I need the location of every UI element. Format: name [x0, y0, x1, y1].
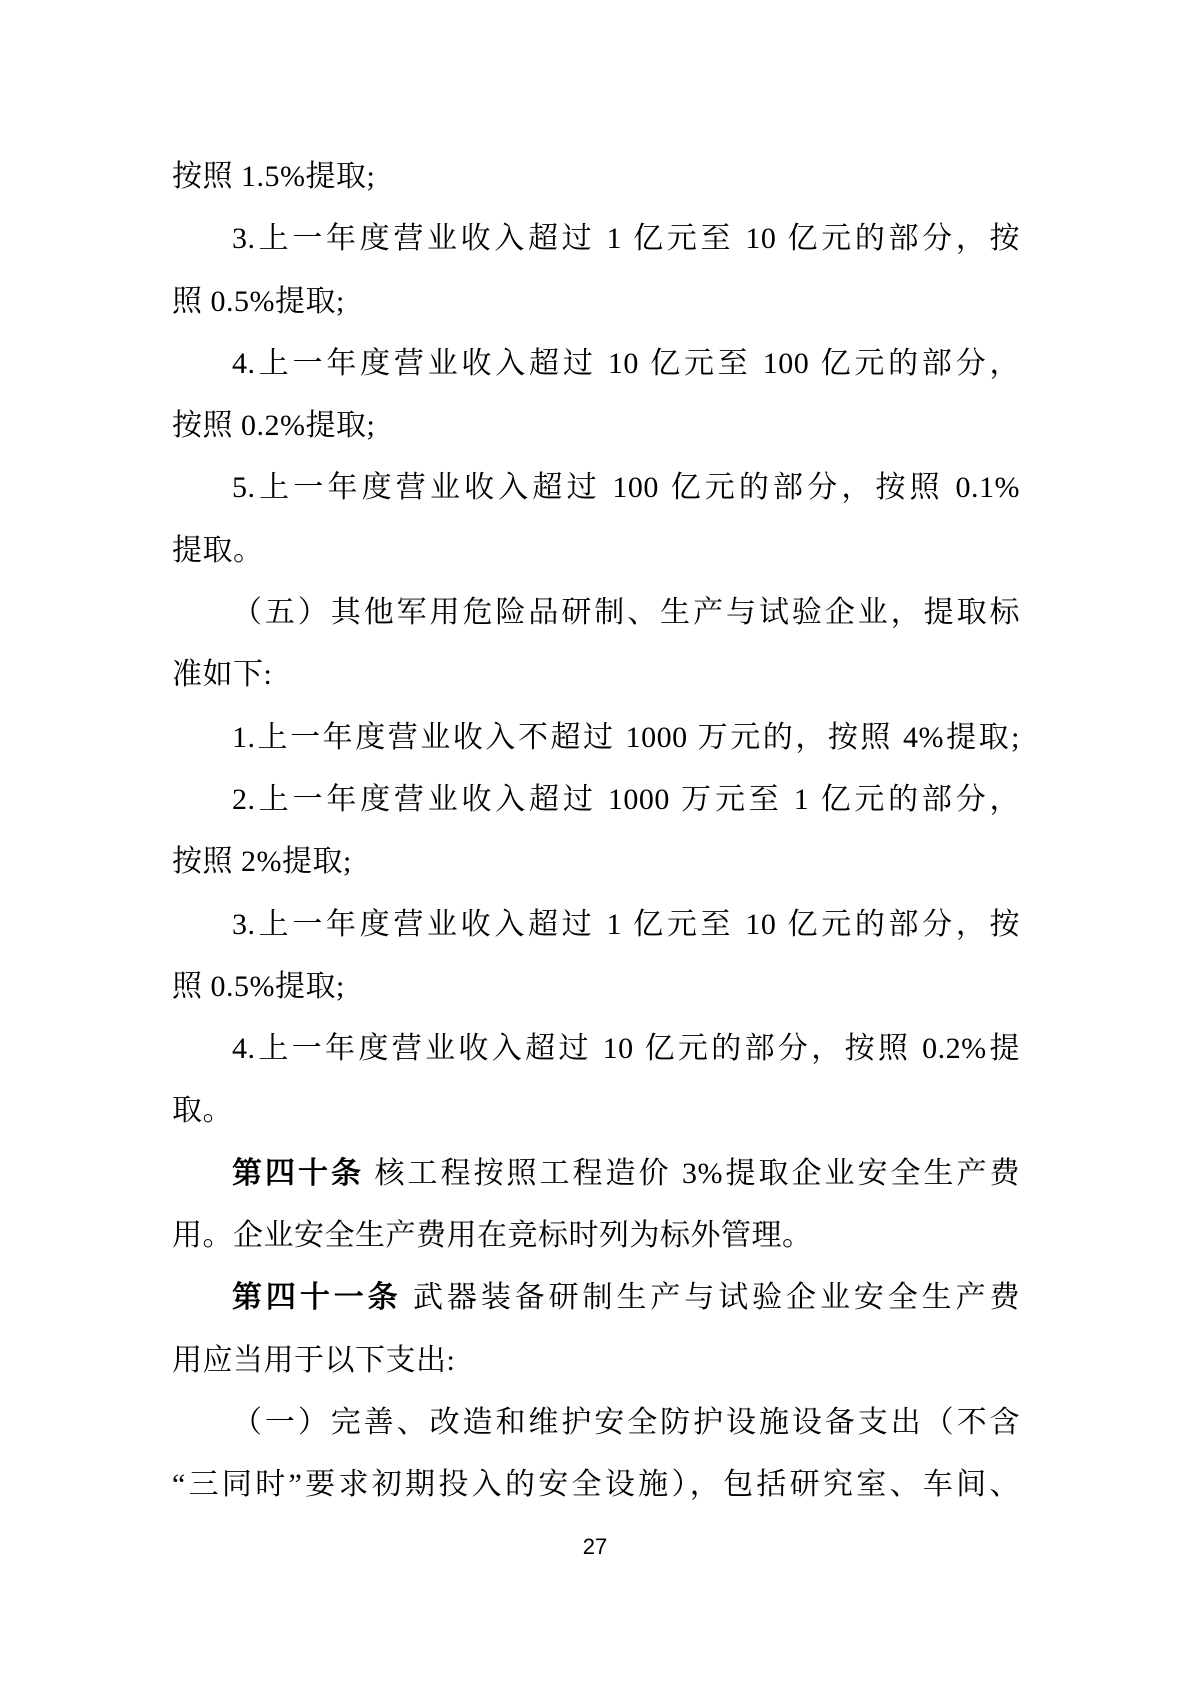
text-line: 按照 2%提取; [172, 831, 1020, 893]
text-segment: （五）其他军用危险品研制、生产与试验企业，提取标 [232, 596, 1020, 629]
text-segment: 核工程按照工程造价 3%提取企业安全生产费 [364, 1157, 1020, 1190]
text-segment: 提取。 [172, 534, 264, 567]
text-segment: 准如下: [172, 658, 272, 691]
text-segment: 照 0.5%提取; [172, 970, 345, 1003]
text-segment: 照 0.5%提取; [172, 285, 345, 318]
text-segment: 取。 [172, 1094, 233, 1127]
page-number: 27 [0, 1534, 1190, 1560]
text-segment: （一）完善、改造和维护安全防护设施设备支出（不含 [232, 1406, 1020, 1439]
text-segment: 4.上一年度营业收入超过 10 亿元的部分，按照 0.2%提 [232, 1032, 1020, 1065]
text-line: （一）完善、改造和维护安全防护设施设备支出（不含 [172, 1392, 1020, 1454]
text-line: 2.上一年度营业收入超过 1000 万元至 1 亿元的部分， [172, 769, 1020, 831]
text-segment: 按照 1.5%提取; [172, 160, 375, 193]
text-line: 照 0.5%提取; [172, 271, 1020, 333]
text-line: 按照 0.2%提取; [172, 395, 1020, 457]
text-segment: 3.上一年度营业收入超过 1 亿元至 10 亿元的部分，按 [232, 908, 1020, 941]
text-segment: 3.上一年度营业收入超过 1 亿元至 10 亿元的部分，按 [232, 222, 1020, 255]
text-segment: 5.上一年度营业收入超过 100 亿元的部分，按照 0.1% [232, 471, 1020, 504]
text-line: （五）其他军用危险品研制、生产与试验企业，提取标 [172, 582, 1020, 644]
text-line: “三同时”要求初期投入的安全设施），包括研究室、车间、 [172, 1454, 1020, 1516]
text-segment: 用。企业安全生产费用在竞标时列为标外管理。 [172, 1219, 813, 1252]
text-line: 准如下: [172, 644, 1020, 706]
text-line: 第四十一条 武器装备研制生产与试验企业安全生产费 [172, 1267, 1020, 1329]
text-line: 3.上一年度营业收入超过 1 亿元至 10 亿元的部分，按 [172, 894, 1020, 956]
text-segment: 按照 0.2%提取; [172, 409, 375, 442]
text-line: 用。企业安全生产费用在竞标时列为标外管理。 [172, 1205, 1020, 1267]
article-heading: 第四十条 [232, 1157, 364, 1190]
text-line: 1.上一年度营业收入不超过 1000 万元的，按照 4%提取; [172, 707, 1020, 769]
document-page: 按照 1.5%提取;3.上一年度营业收入超过 1 亿元至 10 亿元的部分，按照… [0, 0, 1190, 1683]
text-segment: 2.上一年度营业收入超过 1000 万元至 1 亿元的部分， [232, 783, 1020, 816]
text-segment: 1.上一年度营业收入不超过 1000 万元的，按照 4%提取; [232, 721, 1020, 754]
text-line: 4.上一年度营业收入超过 10 亿元至 100 亿元的部分， [172, 333, 1020, 395]
article-heading: 第四十一条 [232, 1281, 402, 1314]
text-segment: “三同时”要求初期投入的安全设施），包括研究室、车间、 [172, 1468, 1020, 1501]
text-line: 取。 [172, 1080, 1020, 1142]
text-line: 提取。 [172, 520, 1020, 582]
text-segment: 4.上一年度营业收入超过 10 亿元至 100 亿元的部分， [232, 347, 1020, 380]
text-segment: 武器装备研制生产与试验企业安全生产费 [402, 1281, 1020, 1314]
text-line: 按照 1.5%提取; [172, 146, 1020, 208]
text-line: 第四十条 核工程按照工程造价 3%提取企业安全生产费 [172, 1143, 1020, 1205]
text-segment: 用应当用于以下支出: [172, 1344, 455, 1377]
text-line: 4.上一年度营业收入超过 10 亿元的部分，按照 0.2%提 [172, 1018, 1020, 1080]
text-line: 照 0.5%提取; [172, 956, 1020, 1018]
document-content: 按照 1.5%提取;3.上一年度营业收入超过 1 亿元至 10 亿元的部分，按照… [172, 146, 1020, 1517]
text-line: 3.上一年度营业收入超过 1 亿元至 10 亿元的部分，按 [172, 208, 1020, 270]
text-line: 用应当用于以下支出: [172, 1330, 1020, 1392]
text-line: 5.上一年度营业收入超过 100 亿元的部分，按照 0.1% [172, 457, 1020, 519]
text-segment: 按照 2%提取; [172, 845, 352, 878]
